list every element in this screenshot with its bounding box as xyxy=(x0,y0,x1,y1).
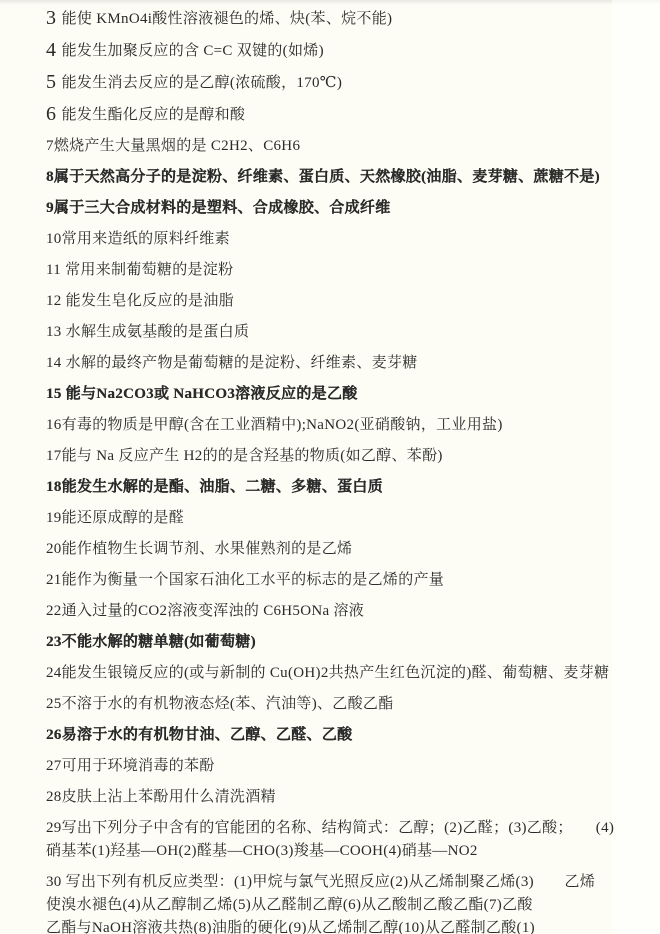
item-number: 29 xyxy=(46,820,62,837)
list-item-12: 12 能发生皂化反应的是油脂 xyxy=(46,293,648,310)
item-number: 9 xyxy=(46,200,54,217)
item-text: 属于三大合成材料的是塑料、合成橡胶、合成纤维 xyxy=(54,200,391,216)
list-item-22: 22通入过量的CO2溶液变浑浊的 C6H5ONa 溶液 xyxy=(46,603,648,620)
item-number: 24 xyxy=(46,665,62,682)
item-text: 能发生银镜反应的(或与新制的 Cu(OH)2共热产生红色沉淀的)醛、葡萄糖、麦芽… xyxy=(62,665,610,681)
item-text: 能发生消去反应的是乙醇(浓硫酸，170℃) xyxy=(62,75,343,91)
item-number: 11 xyxy=(46,262,65,279)
list-item-13: 13 水解生成氨基酸的是蛋白质 xyxy=(46,324,648,341)
list-item-17: 17能与 Na 反应产生 H2的的是含羟基的物质(如乙醇、苯酚) xyxy=(46,448,648,465)
item-number: 21 xyxy=(46,572,62,589)
item-text: 不溶于水的有机物液态烃(苯、汽油等)、乙酸乙酯 xyxy=(62,696,394,712)
item-text: 能发生酯化反应的是醇和酸 xyxy=(62,107,246,123)
item-number: 27 xyxy=(46,758,62,775)
list-item-9: 9属于三大合成材料的是塑料、合成橡胶、合成纤维 xyxy=(46,200,648,217)
item-number: 5 xyxy=(46,74,62,91)
list-item-23: 23不能水解的糖单糖(如葡萄糖) xyxy=(46,634,648,651)
document-page: 3 能使 KMnO4i酸性溶液褪色的烯、炔(苯、烷不能)4 能发生加聚反应的含 … xyxy=(0,0,660,934)
item-number: 30 xyxy=(46,874,66,891)
list-item-21: 21能作为衡量一个国家石油化工水平的标志的是乙烯的产量 xyxy=(46,572,648,589)
item-text: 皮肤上沾上苯酚用什么清洗酒精 xyxy=(62,789,276,805)
list-item-11: 11 常用来制葡萄糖的是淀粉 xyxy=(46,262,648,279)
item-number: 3 xyxy=(46,10,62,27)
list-item-26: 26易溶于水的有机物甘油、乙醇、乙醛、乙酸 xyxy=(46,727,648,744)
list-item-4: 4 能发生加聚反应的含 C=C 双键的(如烯) xyxy=(46,42,648,60)
item-text-continuation: 使溴水褪色(4)从乙醇制乙烯(5)从乙醛制乙醇(6)从乙酸制乙酸乙酯(7)乙酸 xyxy=(46,897,648,914)
item-number: 17 xyxy=(46,448,62,465)
item-number: 25 xyxy=(46,696,62,713)
item-text: 属于天然高分子的是淀粉、纤维素、蛋白质、天然橡胶(油脂、麦芽糖、蔗糖不是) xyxy=(54,169,600,185)
item-text: 能还原成醇的是醛 xyxy=(62,510,184,526)
list-item-24: 24能发生银镜反应的(或与新制的 Cu(OH)2共热产生红色沉淀的)醛、葡萄糖、… xyxy=(46,665,648,682)
list-item-3: 3 能使 KMnO4i酸性溶液褪色的烯、炔(苯、烷不能) xyxy=(46,10,648,28)
item-text: 写出下列分子中含有的官能团的名称、结构简式：乙醇；(2)乙醛；(3)乙酸； (4… xyxy=(62,820,615,836)
item-number: 22 xyxy=(46,603,62,620)
list-item-28: 28皮肤上沾上苯酚用什么清洗酒精 xyxy=(46,789,648,806)
item-text: 通入过量的CO2溶液变浑浊的 C6H5ONa 溶液 xyxy=(62,603,365,619)
list-item-15: 15 能与Na2CO3或 NaHCO3溶液反应的是乙酸 xyxy=(46,386,648,403)
item-text: 能发生皂化反应的是油脂 xyxy=(66,293,234,309)
item-number: 14 xyxy=(46,355,66,372)
item-number: 12 xyxy=(46,293,66,310)
list-item-29: 29写出下列分子中含有的官能团的名称、结构简式：乙醇；(2)乙醛；(3)乙酸； … xyxy=(46,820,648,860)
notes-list: 3 能使 KMnO4i酸性溶液褪色的烯、炔(苯、烷不能)4 能发生加聚反应的含 … xyxy=(0,0,660,934)
item-number: 23 xyxy=(46,634,62,651)
item-text: 可用于环境消毒的苯酚 xyxy=(62,758,215,774)
item-text: 能作植物生长调节剂、水果催熟剂的是乙烯 xyxy=(62,541,353,557)
item-number: 18 xyxy=(46,479,62,496)
item-text-continuation: 乙酯与NaOH溶液共热(8)油脂的硬化(9)从乙烯制乙醇(10)从乙醛制乙酸(1… xyxy=(46,920,648,934)
item-number: 6 xyxy=(46,106,62,123)
list-item-16: 16有毒的物质是甲醇(含在工业酒精中);NaNO2(亚硝酸钠，工业用盐) xyxy=(46,417,648,434)
list-item-30: 30 写出下列有机反应类型：(1)甲烷与氯气光照反应(2)从乙烯制聚乙烯(3) … xyxy=(46,874,648,934)
item-text: 易溶于水的有机物甘油、乙醇、乙醛、乙酸 xyxy=(62,727,353,743)
item-text: 能使 KMnO4i酸性溶液褪色的烯、炔(苯、烷不能) xyxy=(62,11,393,27)
item-text: 水解的最终产物是葡萄糖的是淀粉、纤维素、麦芽糖 xyxy=(66,355,418,371)
list-item-10: 10常用来造纸的原料纤维素 xyxy=(46,231,648,248)
list-item-8: 8属于天然高分子的是淀粉、纤维素、蛋白质、天然橡胶(油脂、麦芽糖、蔗糖不是) xyxy=(46,169,648,186)
item-number: 19 xyxy=(46,510,62,527)
item-number: 26 xyxy=(46,727,62,744)
list-item-19: 19能还原成醇的是醛 xyxy=(46,510,648,527)
item-text: 燃烧产生大量黑烟的是 C2H2、C6H6 xyxy=(54,138,300,154)
item-number: 10 xyxy=(46,231,62,248)
list-item-14: 14 水解的最终产物是葡萄糖的是淀粉、纤维素、麦芽糖 xyxy=(46,355,648,372)
item-number: 13 xyxy=(46,324,66,341)
item-text: 水解生成氨基酸的是蛋白质 xyxy=(66,324,250,340)
item-text: 能发生水解的是酯、油脂、二糖、多糖、蛋白质 xyxy=(62,479,383,495)
item-text: 能发生加聚反应的含 C=C 双键的(如烯) xyxy=(62,43,324,59)
list-item-20: 20能作植物生长调节剂、水果催熟剂的是乙烯 xyxy=(46,541,648,558)
item-text: 不能水解的糖单糖(如葡萄糖) xyxy=(62,634,256,650)
item-number: 15 xyxy=(46,386,66,403)
item-number: 7 xyxy=(46,138,54,155)
item-text: 写出下列有机反应类型：(1)甲烷与氯气光照反应(2)从乙烯制聚乙烯(3) 乙烯 xyxy=(66,874,595,890)
item-text: 有毒的物质是甲醇(含在工业酒精中);NaNO2(亚硝酸钠，工业用盐) xyxy=(62,417,503,433)
item-number: 4 xyxy=(46,42,62,59)
item-text-continuation: 硝基苯(1)羟基—OH(2)醛基—CHO(3)羧基—COOH(4)硝基—NO2 xyxy=(46,843,648,860)
item-number: 8 xyxy=(46,169,54,186)
list-item-6: 6 能发生酯化反应的是醇和酸 xyxy=(46,106,648,124)
list-item-27: 27可用于环境消毒的苯酚 xyxy=(46,758,648,775)
item-text: 能作为衡量一个国家石油化工水平的标志的是乙烯的产量 xyxy=(62,572,445,588)
item-text: 常用来制葡萄糖的是淀粉 xyxy=(65,262,233,278)
item-number: 16 xyxy=(46,417,62,434)
item-number: 28 xyxy=(46,789,62,806)
item-text: 能与Na2CO3或 NaHCO3溶液反应的是乙酸 xyxy=(66,386,358,402)
list-item-5: 5 能发生消去反应的是乙醇(浓硫酸，170℃) xyxy=(46,74,648,92)
list-item-18: 18能发生水解的是酯、油脂、二糖、多糖、蛋白质 xyxy=(46,479,648,496)
item-number: 20 xyxy=(46,541,62,558)
list-item-7: 7燃烧产生大量黑烟的是 C2H2、C6H6 xyxy=(46,138,648,155)
list-item-25: 25不溶于水的有机物液态烃(苯、汽油等)、乙酸乙酯 xyxy=(46,696,648,713)
item-text: 能与 Na 反应产生 H2的的是含羟基的物质(如乙醇、苯酚) xyxy=(62,448,443,464)
item-text: 常用来造纸的原料纤维素 xyxy=(62,231,230,247)
